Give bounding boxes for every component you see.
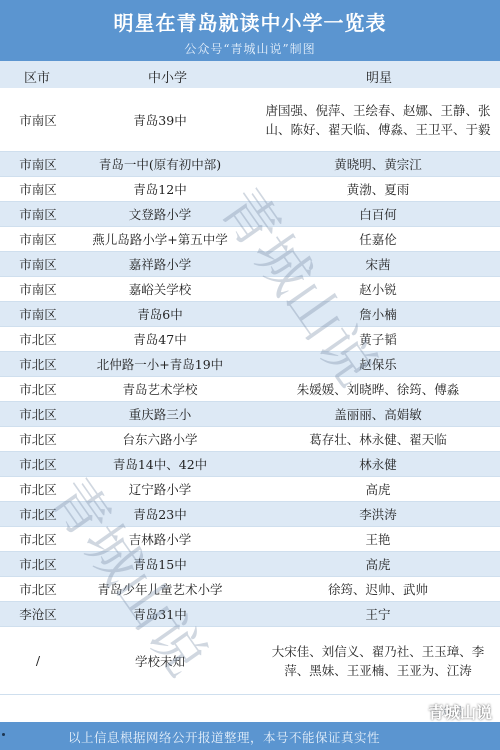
cell-celebrities: 葛存壮、林永健、翟天临: [262, 427, 494, 451]
cell-celebrities: 任嘉伦: [262, 227, 494, 251]
cell-district: 市北区: [8, 402, 68, 426]
cell-school: 青岛39中: [70, 88, 250, 151]
cell-school: 重庆路三小: [70, 402, 250, 426]
cell-district: 市北区: [8, 327, 68, 351]
cell-celebrities: 宋茜: [262, 252, 494, 276]
table-row: 市北区 重庆路三小 盖丽丽、高娟敏: [0, 402, 500, 427]
cell-celebrities: 詹小楠: [262, 302, 494, 326]
cell-district: 市北区: [8, 352, 68, 376]
table-row: 市北区 辽宁路小学 高虎: [0, 477, 500, 502]
cell-celebrities: 赵保乐: [262, 352, 494, 376]
cell-celebrities: 白百何: [262, 202, 494, 226]
bullet-dot-icon: [2, 733, 5, 736]
cell-school: 北仲路一小+青岛19中: [70, 352, 250, 376]
cell-school: 青岛少年儿童艺术小学: [70, 577, 250, 601]
table-row: 李沧区 青岛31中 王宁: [0, 602, 500, 627]
table-row: 市北区 青岛少年儿童艺术小学 徐筠、迟帅、武帅: [0, 577, 500, 602]
cell-celebrities: 高虎: [262, 477, 494, 501]
cell-school: 青岛15中: [70, 552, 250, 576]
cell-district: 市北区: [8, 527, 68, 551]
cell-district: 市北区: [8, 577, 68, 601]
cell-celebrities: 盖丽丽、高娟敏: [262, 402, 494, 426]
cell-celebrities: 黄晓明、黄宗江: [262, 152, 494, 176]
table-row: / 学校未知 大宋佳、刘信义、翟乃社、王玉璋、李萍、黑妹、王亚楠、王亚为、江涛: [0, 627, 500, 695]
cell-school: 青岛23中: [70, 502, 250, 526]
table-row: 市南区 青岛39中 唐国强、倪萍、王绘春、赵娜、王静、张山、陈好、翟天临、傅淼、…: [0, 88, 500, 152]
cell-celebrities: 李洪涛: [262, 502, 494, 526]
column-header-celebrities: 明星: [366, 67, 392, 86]
cell-school: 文登路小学: [70, 202, 250, 226]
cell-school: 青岛14中、42中: [70, 452, 250, 476]
column-header-row: 区市 中小学 明星: [0, 61, 500, 88]
cell-school: 辽宁路小学: [70, 477, 250, 501]
table-row: 市南区 青岛一中(原有初中部) 黄晓明、黄宗江: [0, 152, 500, 177]
cell-school: 青岛31中: [70, 602, 250, 626]
cell-school: 燕儿岛路小学+第五中学: [70, 227, 250, 251]
cell-school: 吉林路小学: [70, 527, 250, 551]
cell-district: 市南区: [8, 302, 68, 326]
column-header-school: 中小学: [148, 67, 187, 86]
table-row: 市北区 北仲路一小+青岛19中 赵保乐: [0, 352, 500, 377]
table-row: 市南区 文登路小学 白百何: [0, 202, 500, 227]
cell-school: 嘉峪关学校: [70, 277, 250, 301]
cell-district: /: [8, 627, 68, 694]
table-row: 市北区 台东六路小学 葛存壮、林永健、翟天临: [0, 427, 500, 452]
table-row: 市北区 青岛14中、42中 林永健: [0, 452, 500, 477]
cell-school: 嘉祥路小学: [70, 252, 250, 276]
cell-celebrities: 黄渤、夏雨: [262, 177, 494, 201]
cell-district: 市北区: [8, 452, 68, 476]
cell-district: 市南区: [8, 277, 68, 301]
cell-district: 市南区: [8, 202, 68, 226]
cell-district: 市北区: [8, 427, 68, 451]
table-header-banner: 明星在青岛就读中小学一览表 公众号“青城山说”制图: [0, 0, 500, 61]
cell-celebrities: 王宁: [262, 602, 494, 626]
table-row: 市南区 青岛12中 黄渤、夏雨: [0, 177, 500, 202]
cell-celebrities: 大宋佳、刘信义、翟乃社、王玉璋、李萍、黑妹、王亚楠、王亚为、江涛: [262, 627, 494, 694]
cell-district: 市北区: [8, 552, 68, 576]
cell-celebrities: 王艳: [262, 527, 494, 551]
table-row: 市北区 吉林路小学 王艳: [0, 527, 500, 552]
cell-celebrities: 朱媛媛、刘晓晔、徐筠、傅淼: [262, 377, 494, 401]
cell-celebrities: 赵小锐: [262, 277, 494, 301]
cell-district: 市南区: [8, 88, 68, 151]
cell-district: 市北区: [8, 377, 68, 401]
cell-district: 市南区: [8, 152, 68, 176]
table-row: 市北区 青岛47中 黄子韬: [0, 327, 500, 352]
table-body: 市南区 青岛39中 唐国强、倪萍、王绘春、赵娜、王静、张山、陈好、翟天临、傅淼、…: [0, 88, 500, 695]
cell-celebrities: 唐国强、倪萍、王绘春、赵娜、王静、张山、陈好、翟天临、傅淼、王卫平、于毅: [262, 88, 494, 151]
page-title: 明星在青岛就读中小学一览表: [0, 7, 500, 36]
table-row: 市北区 青岛艺术学校 朱媛媛、刘晓晔、徐筠、傅淼: [0, 377, 500, 402]
table-row: 市北区 青岛15中 高虎: [0, 552, 500, 577]
table-row: 市南区 青岛6中 詹小楠: [0, 302, 500, 327]
page-subtitle: 公众号“青城山说”制图: [0, 40, 500, 57]
cell-district: 市北区: [8, 477, 68, 501]
cell-school: 台东六路小学: [70, 427, 250, 451]
cell-district: 市南区: [8, 252, 68, 276]
cell-school: 学校未知: [70, 627, 250, 694]
footer-disclaimer-bar: 以上信息根据网络公开报道整理，本号不能保证真实性: [0, 722, 500, 750]
disclaimer-text: 以上信息根据网络公开报道整理，本号不能保证真实性: [68, 728, 380, 746]
table-row: 市北区 青岛23中 李洪涛: [0, 502, 500, 527]
cell-school: 青岛47中: [70, 327, 250, 351]
cell-school: 青岛艺术学校: [70, 377, 250, 401]
table-row: 市南区 嘉峪关学校 赵小锐: [0, 277, 500, 302]
cell-celebrities: 徐筠、迟帅、武帅: [262, 577, 494, 601]
cell-district: 市南区: [8, 177, 68, 201]
cell-school: 青岛12中: [70, 177, 250, 201]
cell-district: 市南区: [8, 227, 68, 251]
cell-district: 李沧区: [8, 602, 68, 626]
cell-celebrities: 林永健: [262, 452, 494, 476]
cell-school: 青岛6中: [70, 302, 250, 326]
brand-watermark: 青城山说: [428, 700, 492, 723]
cell-school: 青岛一中(原有初中部): [70, 152, 250, 176]
table-row: 市南区 嘉祥路小学 宋茜: [0, 252, 500, 277]
table-row: 市南区 燕儿岛路小学+第五中学 任嘉伦: [0, 227, 500, 252]
cell-celebrities: 高虎: [262, 552, 494, 576]
cell-district: 市北区: [8, 502, 68, 526]
column-header-district: 区市: [24, 67, 50, 86]
cell-celebrities: 黄子韬: [262, 327, 494, 351]
